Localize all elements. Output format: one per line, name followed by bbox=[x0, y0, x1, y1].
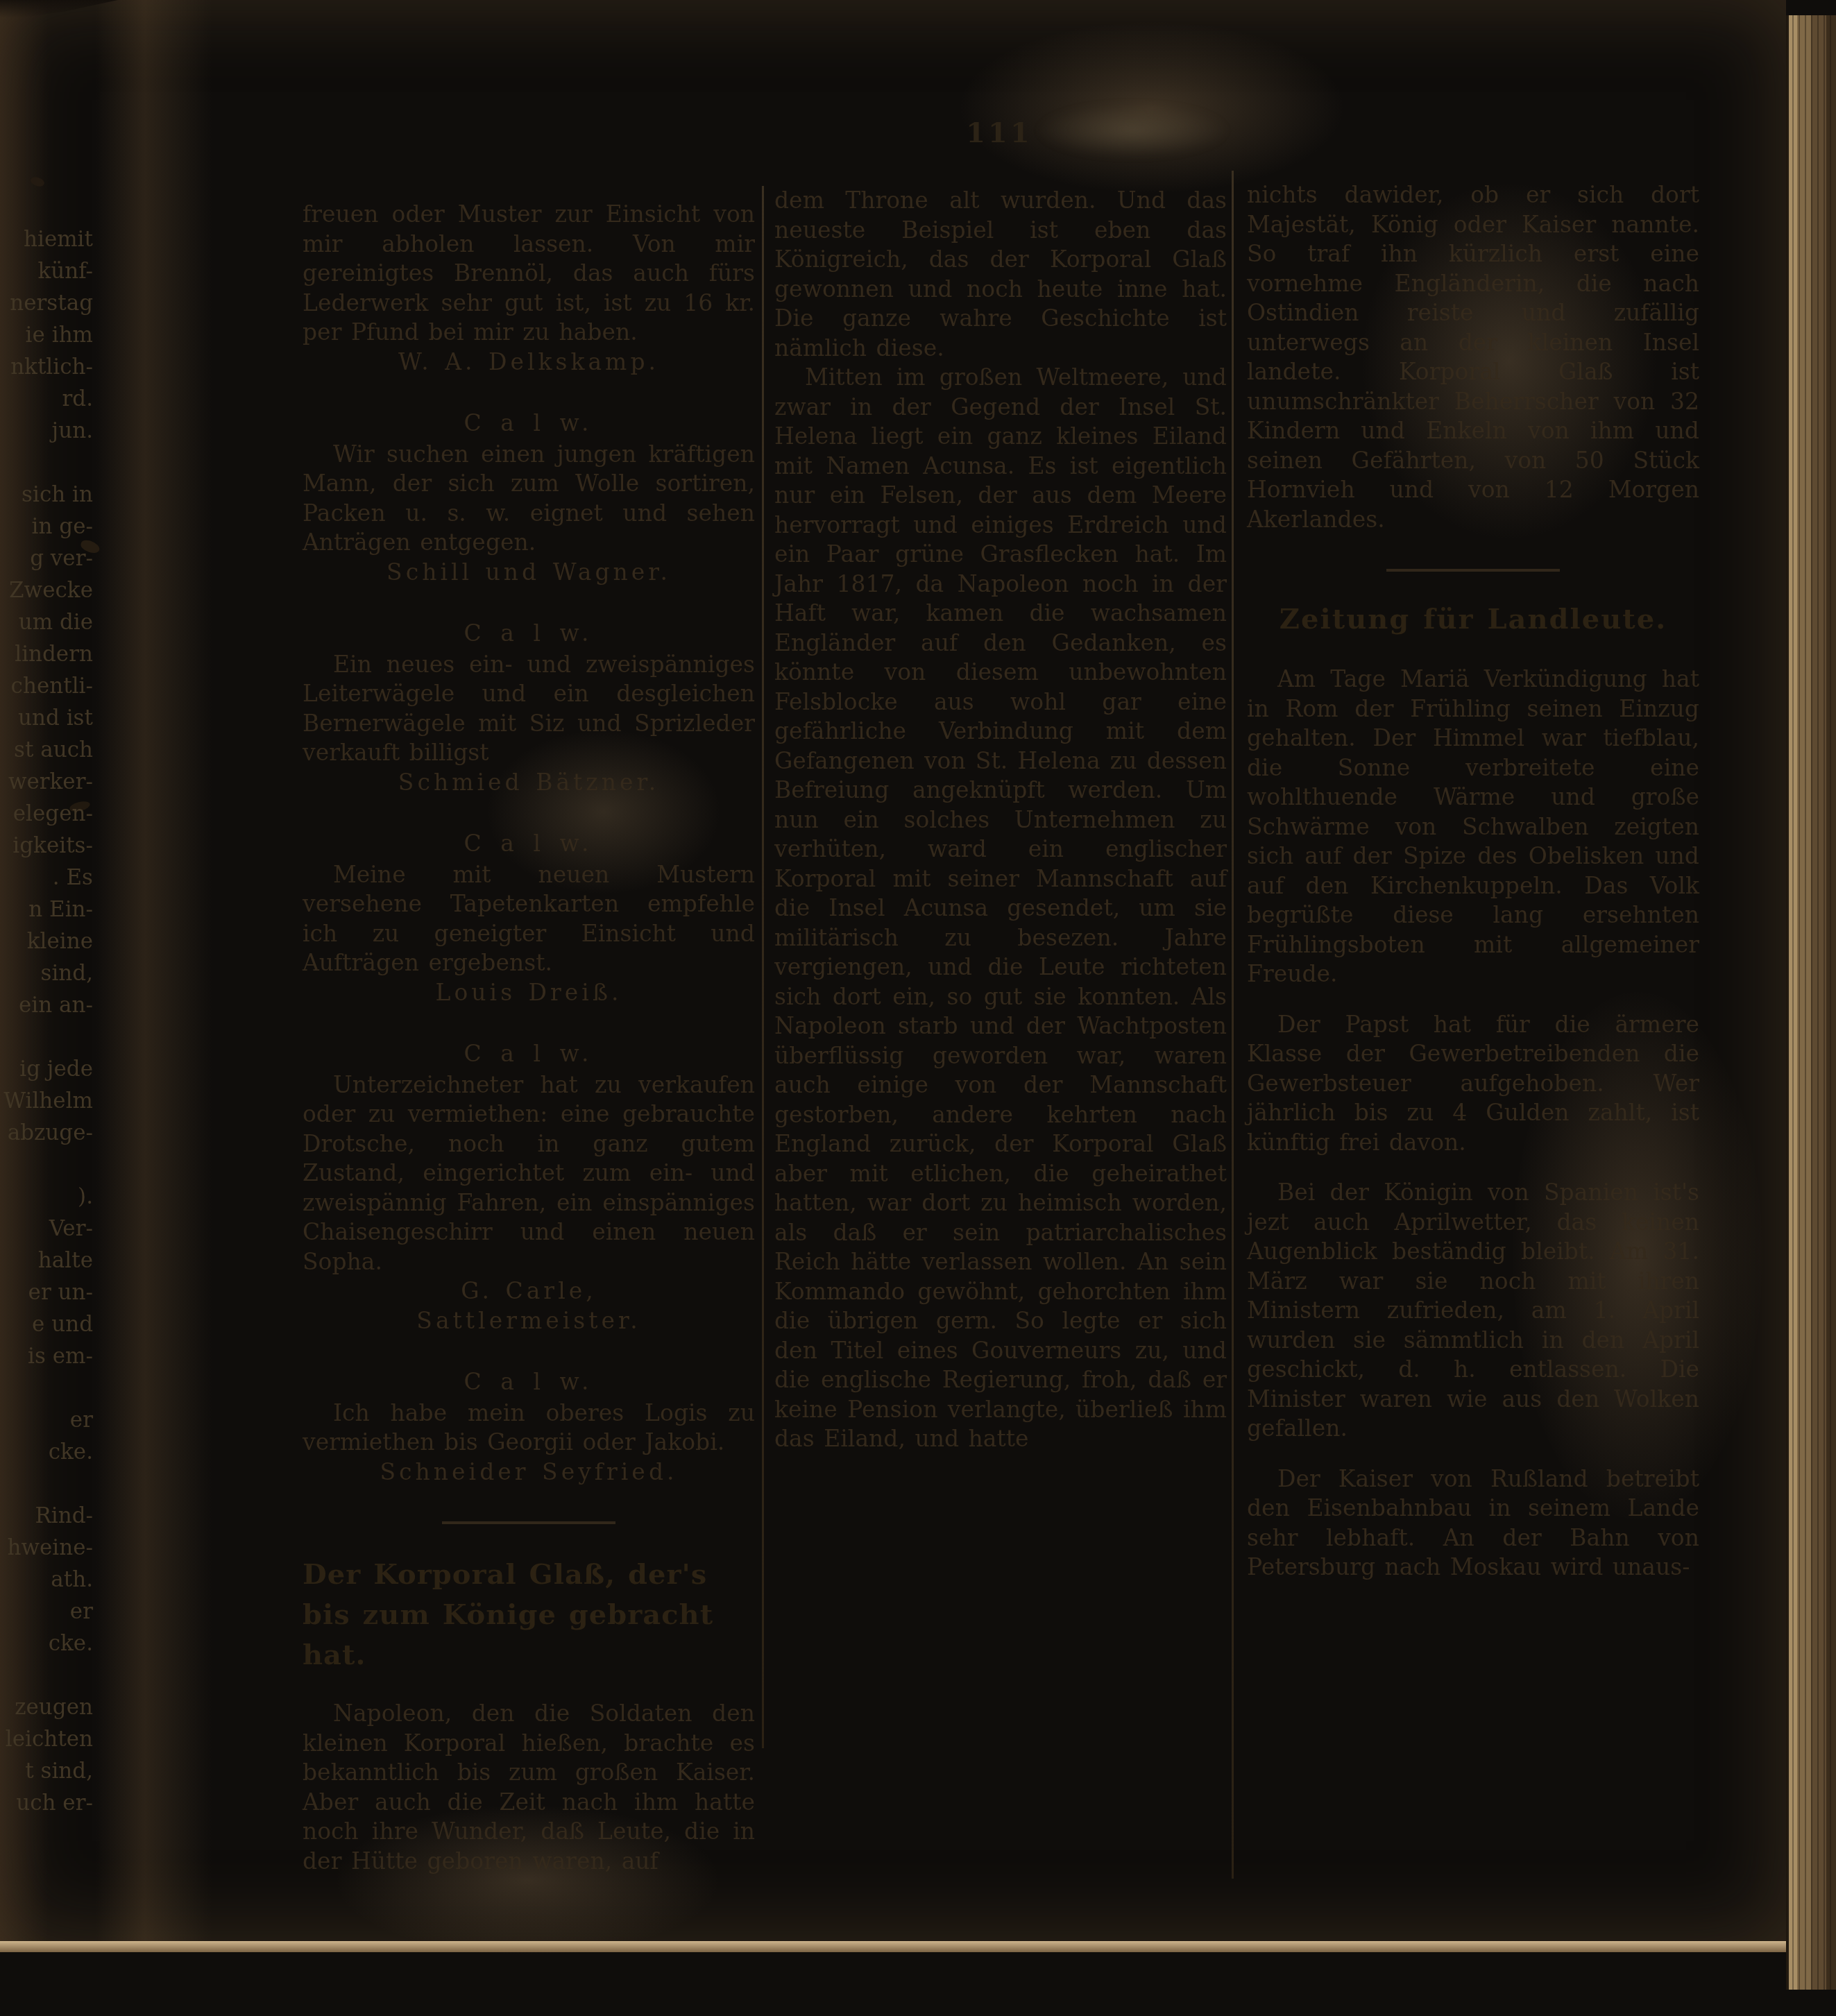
prev-page-fragment-line: Rind- bbox=[0, 1500, 93, 1532]
news-paragraph: Der Kaiser von Rußland betreibt den Eise… bbox=[1247, 1464, 1699, 1582]
prev-page-fragment-line: t sind, bbox=[0, 1755, 93, 1787]
prev-page-fragment-line: g ver- bbox=[0, 543, 93, 574]
prev-page-fragment-line: kleine bbox=[0, 925, 93, 957]
ad-signature: Schneider Seyfried. bbox=[303, 1458, 755, 1487]
ad-signature: Sattlermeister. bbox=[303, 1306, 755, 1336]
section-divider bbox=[1386, 569, 1560, 572]
prev-page-fragment-line: lindern bbox=[0, 638, 93, 670]
prev-page-fragment-line: halte bbox=[0, 1245, 93, 1276]
prev-page-fragment-line: uch er- bbox=[0, 1787, 93, 1819]
ad-section: C a l w. Meine mit neuen Mustern versehe… bbox=[303, 829, 755, 1007]
ad-body: Unterzeichneter hat zu verkaufen oder zu… bbox=[303, 1070, 755, 1277]
ad-location-heading: C a l w. bbox=[303, 619, 755, 649]
book-page-scan: 111 hiemitkünf-nerstagie ihmnktlich-rd.j… bbox=[0, 0, 1836, 2016]
prev-page-fragment-line: cke. bbox=[0, 1436, 93, 1468]
prev-page-fragment-line: abzuge- bbox=[0, 1117, 93, 1149]
prev-page-fragment-line: chentli- bbox=[0, 670, 93, 702]
article-title-line: Der Korporal Glaß, der's bbox=[303, 1555, 755, 1595]
prev-page-fragment-line: leichten bbox=[0, 1723, 93, 1755]
prev-page-fragment-line: hiemit bbox=[0, 223, 93, 255]
prev-page-fragment-line: is em- bbox=[0, 1340, 93, 1372]
prev-page-fragment-line: werker- bbox=[0, 766, 93, 798]
prev-page-fragment-line: sind, bbox=[0, 957, 93, 989]
prev-page-fragment-line: rd. bbox=[0, 383, 93, 415]
page-number: 111 bbox=[923, 117, 1076, 149]
ad-location-heading: C a l w. bbox=[303, 409, 755, 438]
ad-section: C a l w. Unterzeichneter hat zu verkaufe… bbox=[303, 1039, 755, 1335]
prev-page-fragment-line: und ist bbox=[0, 702, 93, 734]
prev-page-fragment-line: um die bbox=[0, 606, 93, 638]
prev-page-fragment-line bbox=[0, 1021, 93, 1053]
prev-page-fragment-line: ein an- bbox=[0, 989, 93, 1021]
news-paragraph: Am Tage Mariä Verkündigung hat in Rom de… bbox=[1247, 665, 1699, 989]
prev-page-fragment-line: er un- bbox=[0, 1276, 93, 1308]
ad-body: Wir suchen einen jungen kräftigen Mann, … bbox=[303, 440, 755, 558]
prev-page-fragment-line: künf- bbox=[0, 255, 93, 287]
prev-page-fragment-line: hweine- bbox=[0, 1532, 93, 1564]
prev-page-fragment-line: Ver- bbox=[0, 1213, 93, 1245]
page-paper: 111 hiemitkünf-nerstagie ihmnktlich-rd.j… bbox=[0, 0, 1786, 1941]
ad-location-heading: C a l w. bbox=[303, 1367, 755, 1397]
prev-page-fragment-line: Wilhelm bbox=[0, 1085, 93, 1117]
prev-page-fragment-line: ie ihm bbox=[0, 319, 93, 351]
prev-page-fragment-line: ath. bbox=[0, 1564, 93, 1596]
prev-page-fragment-line: zeugen bbox=[0, 1691, 93, 1723]
prev-page-fragment-line: igkeits- bbox=[0, 830, 93, 862]
column-rule-1 bbox=[762, 186, 764, 1748]
prev-page-fragment-line bbox=[0, 1659, 93, 1691]
prev-page-fragment-line: Zwecke bbox=[0, 574, 93, 606]
prev-page-fragment-line: nerstag bbox=[0, 287, 93, 319]
prev-page-fragment-line: e und bbox=[0, 1308, 93, 1340]
prev-page-fragment-line: cke. bbox=[0, 1628, 93, 1659]
prev-page-fragment-line: ). bbox=[0, 1181, 93, 1213]
column-right: nichts dawider, ob er sich dort Majestät… bbox=[1247, 180, 1699, 1582]
ad-body: Ein neues ein- und zweispänniges Leiterw… bbox=[303, 650, 755, 768]
article-title-line: bis zum Könige gebracht hat. bbox=[303, 1595, 755, 1675]
prev-page-fragment-line: elegen- bbox=[0, 798, 93, 830]
ad-location-heading: C a l w. bbox=[303, 1039, 755, 1069]
article-paragraph: Napoleon, den die Soldaten den kleinen K… bbox=[303, 1699, 755, 1876]
ad-signature: G. Carle, bbox=[303, 1276, 755, 1306]
article-paragraph: Mitten im großen Weltmeere, und zwar in … bbox=[774, 363, 1227, 1454]
news-paragraph: Bei der Königin von Spanien ist's jezt a… bbox=[1247, 1178, 1699, 1444]
book-page-edges bbox=[1786, 15, 1836, 1990]
prev-page-fragment-line: er bbox=[0, 1596, 93, 1628]
prev-page-fragment-line: . Es bbox=[0, 862, 93, 894]
prev-page-fragment-line bbox=[0, 1149, 93, 1181]
ad-body: Ich habe mein oberes Logis zu vermiethen… bbox=[303, 1399, 755, 1458]
column-left: freuen oder Muster zur Einsicht von mir … bbox=[303, 200, 755, 1876]
column-middle: dem Throne alt wurden. Und das neueste B… bbox=[774, 186, 1227, 1454]
column-rule-2 bbox=[1232, 171, 1234, 1879]
prev-page-fragment-line bbox=[0, 1372, 93, 1404]
prev-page-fragment-line: ig jede bbox=[0, 1053, 93, 1085]
prev-page-fragment-line: jun. bbox=[0, 415, 93, 447]
ad-signature: W. A. Delkskamp. bbox=[303, 348, 755, 377]
ad-signature: Louis Dreiß. bbox=[303, 978, 755, 1008]
prev-page-fragment-line: st auch bbox=[0, 734, 93, 766]
page-bottom-edge bbox=[0, 1941, 1786, 1952]
section-title: Zeitung für Landleute. bbox=[1247, 602, 1699, 637]
article-title: Der Korporal Glaß, der's bis zum Könige … bbox=[303, 1555, 755, 1675]
ad-location-heading: C a l w. bbox=[303, 829, 755, 859]
prev-page-fragment-line bbox=[0, 1468, 93, 1500]
binding-gutter-shadow bbox=[96, 0, 212, 1941]
ad-section: C a l w. Wir suchen einen jungen kräftig… bbox=[303, 409, 755, 587]
article-paragraph: nichts dawider, ob er sich dort Majestät… bbox=[1247, 180, 1699, 534]
prev-page-edge-text: hiemitkünf-nerstagie ihmnktlich-rd.jun.s… bbox=[0, 223, 96, 1819]
ad-section: C a l w. Ich habe mein oberes Logis zu v… bbox=[303, 1367, 755, 1487]
section-divider bbox=[442, 1521, 615, 1524]
prev-page-fragment-line: n Ein- bbox=[0, 894, 93, 925]
prev-page-fragment-line: nktlich- bbox=[0, 351, 93, 383]
ad-section: C a l w. Ein neues ein- und zweispännige… bbox=[303, 619, 755, 797]
paragraph-continuation: freuen oder Muster zur Einsicht von mir … bbox=[303, 200, 755, 348]
prev-page-fragment-line: sich in bbox=[0, 479, 93, 511]
ad-body: Meine mit neuen Mustern versehene Tapete… bbox=[303, 860, 755, 978]
article-paragraph: dem Throne alt wurden. Und das neueste B… bbox=[774, 186, 1227, 363]
prev-page-fragment-line: er bbox=[0, 1404, 93, 1436]
ad-signature: Schill und Wagner. bbox=[303, 558, 755, 588]
prev-page-fragment-line: in ge- bbox=[0, 511, 93, 543]
prev-page-fragment-line bbox=[0, 447, 93, 479]
news-paragraph: Der Papst hat für die ärmere Klasse der … bbox=[1247, 1010, 1699, 1158]
ad-signature: Schmied Bätzner. bbox=[303, 768, 755, 798]
